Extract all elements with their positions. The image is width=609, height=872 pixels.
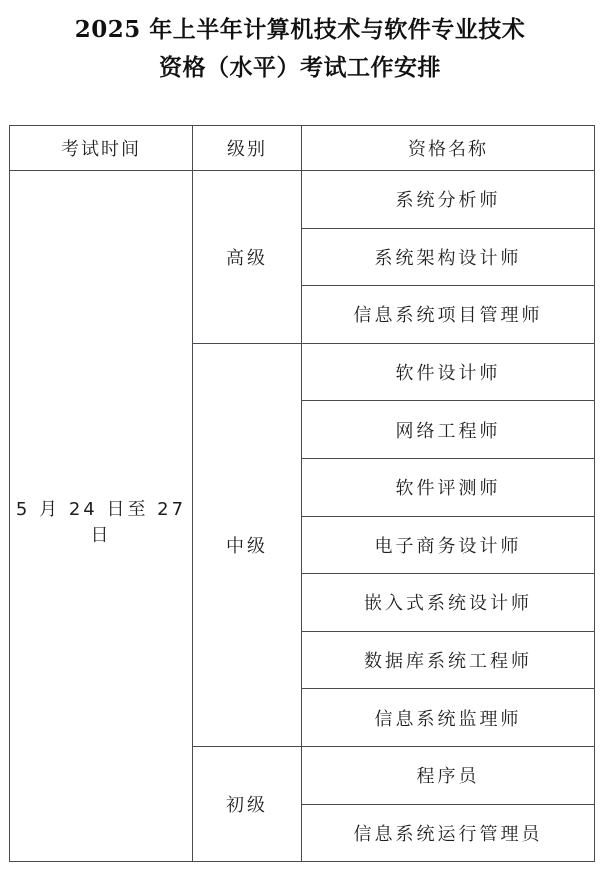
qualification-cell: 信息系统运行管理员 [302, 804, 595, 862]
level-cell-intermediate: 中级 [193, 343, 302, 746]
qualification-cell: 系统分析师 [302, 171, 595, 229]
table-header-row: 考试时间 级别 资格名称 [10, 126, 595, 171]
qualification-cell: 软件设计师 [302, 343, 595, 401]
qualification-cell: 软件评测师 [302, 458, 595, 516]
qualification-cell: 系统架构设计师 [302, 228, 595, 286]
qualification-cell: 程序员 [302, 746, 595, 804]
qualification-cell: 嵌入式系统设计师 [302, 574, 595, 632]
exam-schedule-table: 考试时间 级别 资格名称 5 月 24 日至 27 日 高级 系统分析师 系统架… [9, 125, 595, 862]
exam-time-text: 5 月 24 日至 27 日 [16, 499, 186, 546]
level-cell-senior: 高级 [193, 171, 302, 344]
header-qualification-name: 资格名称 [302, 126, 595, 171]
qualification-cell: 数据库系统工程师 [302, 631, 595, 689]
qualification-cell: 网络工程师 [302, 401, 595, 459]
qualification-cell: 信息系统项目管理师 [302, 286, 595, 344]
header-exam-time: 考试时间 [10, 126, 193, 171]
document-title-line-2: 资格（水平）考试工作安排 [0, 53, 600, 83]
exam-time-cell: 5 月 24 日至 27 日 [10, 171, 193, 862]
qualification-cell: 电子商务设计师 [302, 516, 595, 574]
header-level: 级别 [193, 126, 302, 171]
level-cell-junior: 初级 [193, 746, 302, 861]
document-title-line-1: 2025 年上半年计算机技术与软件专业技术 [0, 15, 600, 45]
qualification-cell: 信息系统监理师 [302, 689, 595, 747]
table-row: 5 月 24 日至 27 日 高级 系统分析师 [10, 171, 595, 229]
